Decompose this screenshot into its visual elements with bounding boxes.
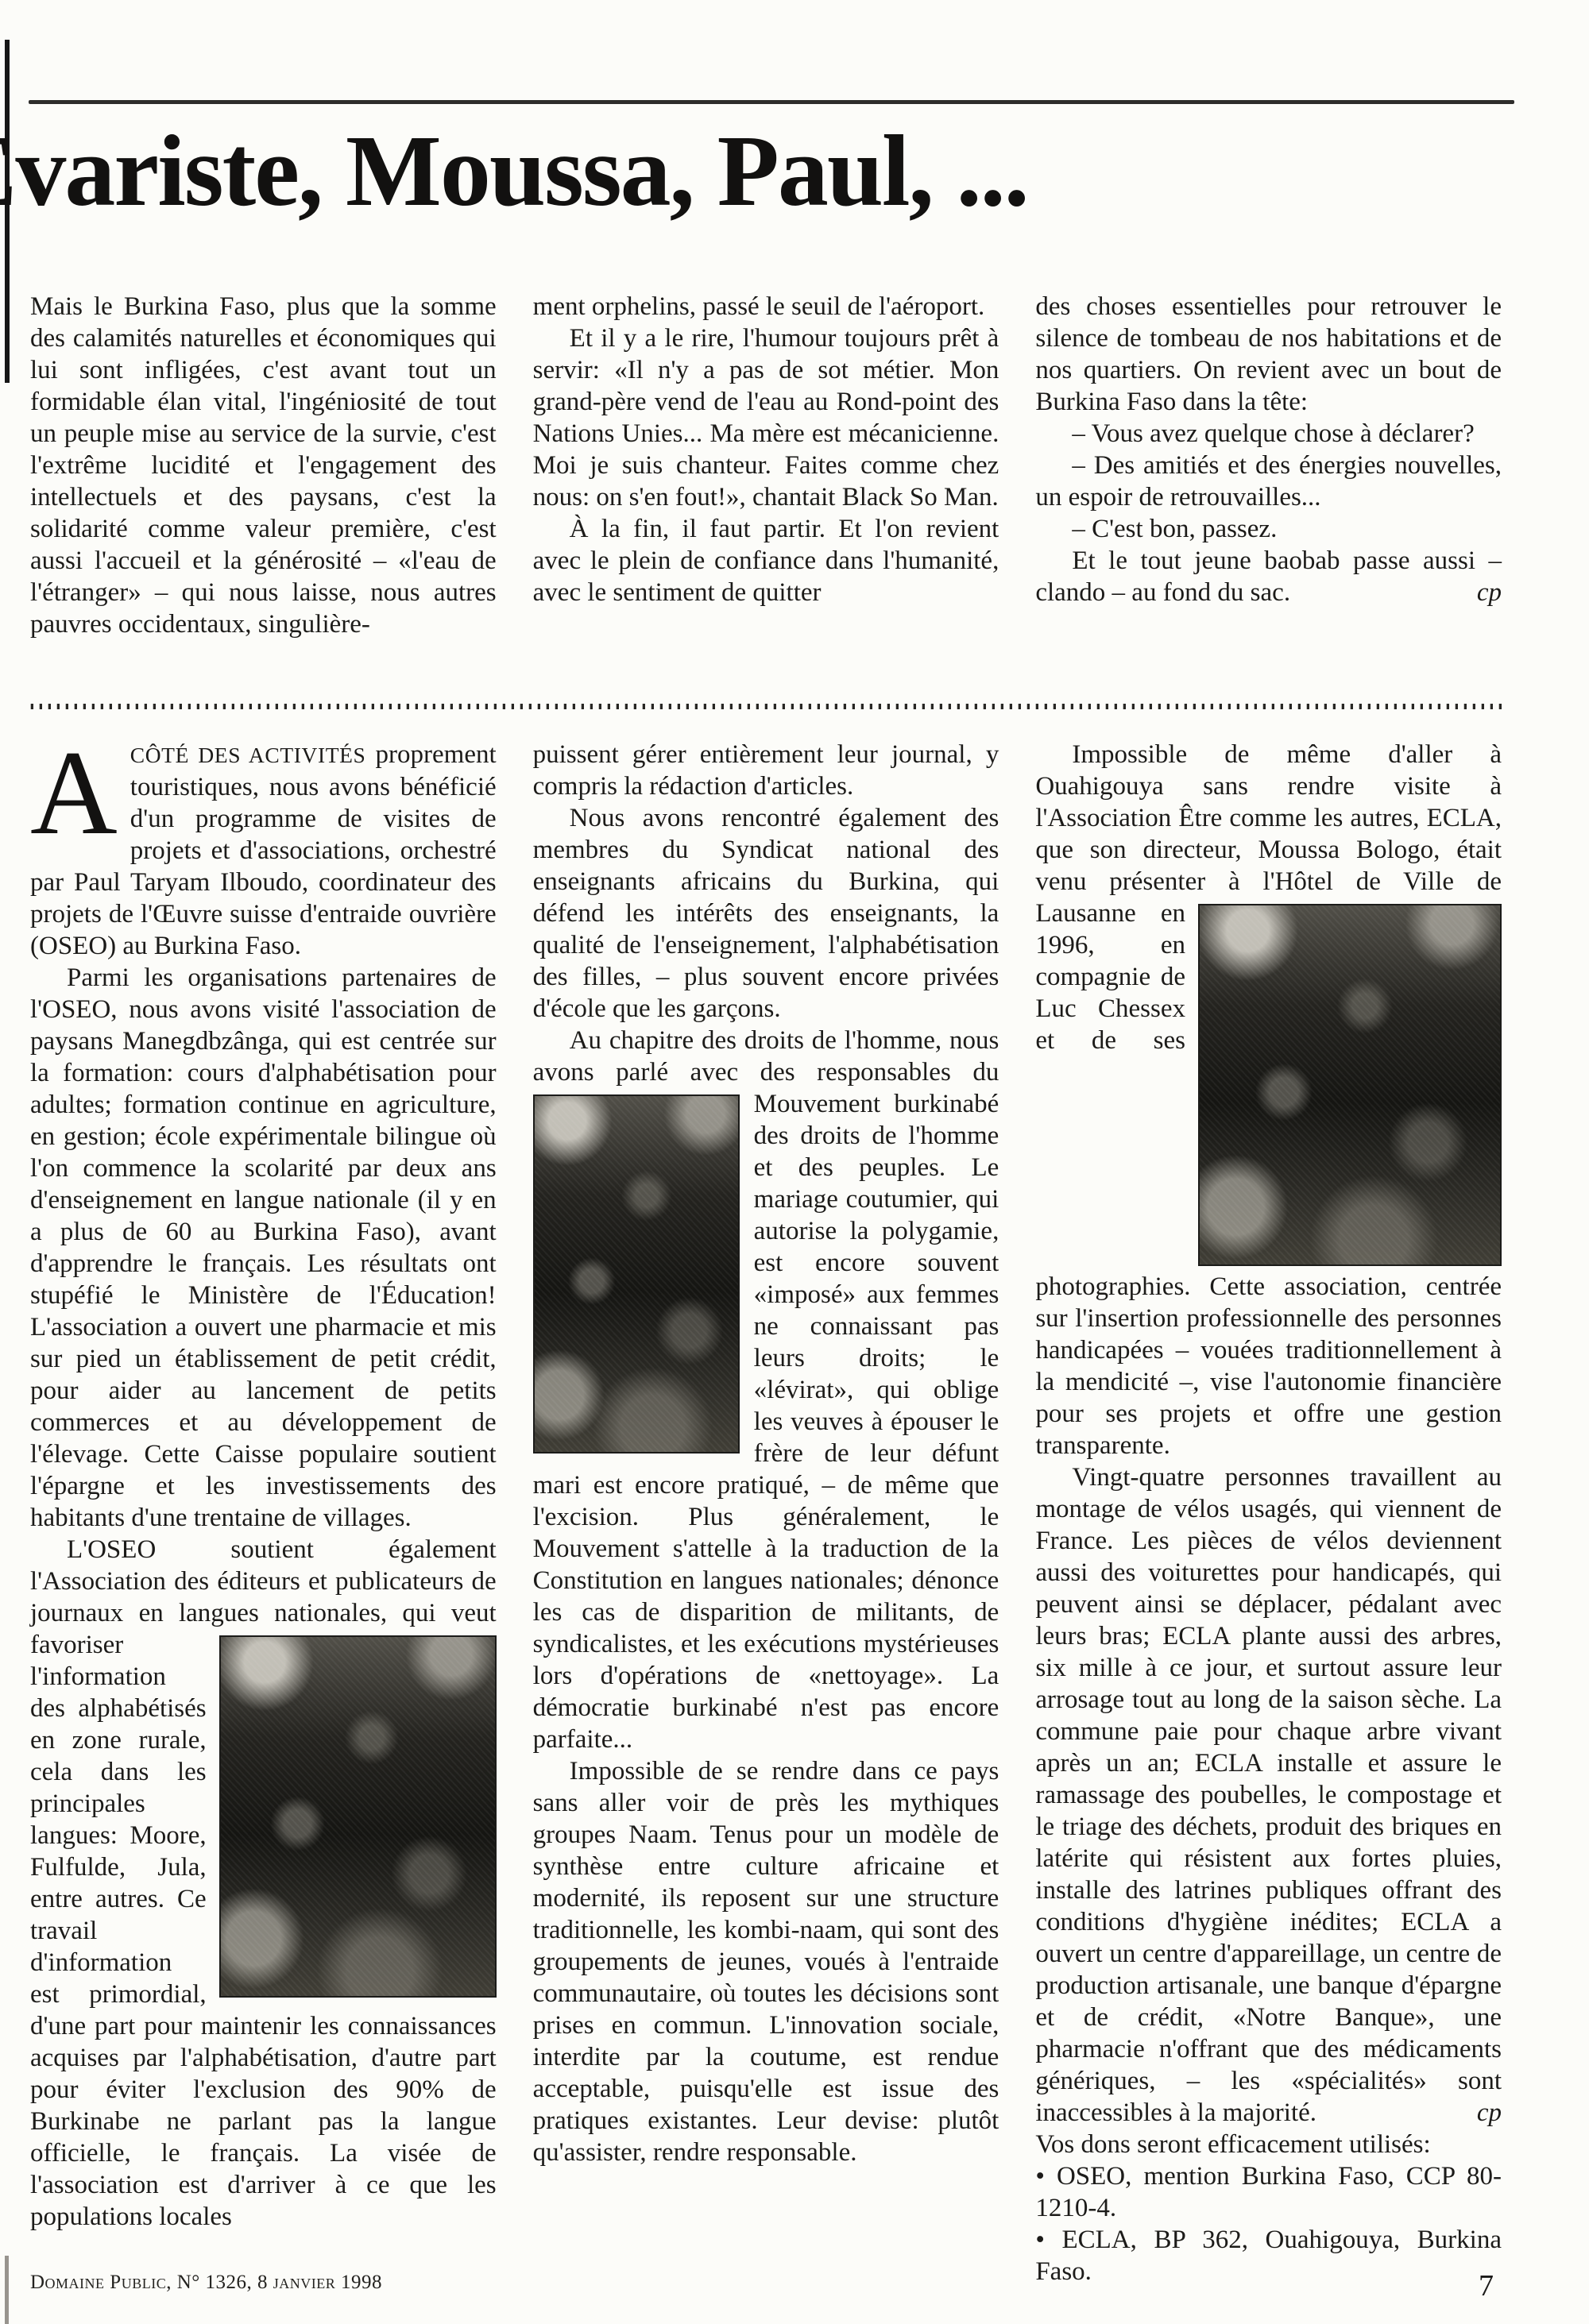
masthead-rule [29, 100, 1514, 104]
paragraph: Impossible de se rendre dans ce pays san… [533, 1755, 999, 2168]
small-caps-lead: CÔTÉ DES ACTIVITÉS [130, 743, 366, 767]
dialogue-line: – Des amitiés et des énergies nouvelles,… [1035, 450, 1502, 513]
paragraph: Nous avons rencontré également des membr… [533, 802, 999, 1025]
dialogue-line: – C'est bon, passez. [1035, 513, 1502, 545]
main-article-column-2: puissent gérer entièrement leur journal,… [533, 739, 999, 2287]
paragraph: Mais le Burkina Faso, plus que la somme … [30, 291, 497, 640]
top-article-column-3: des choses essentielles pour retrouver l… [1035, 291, 1502, 640]
paragraph-with-photo: Au chapitre des droits de l'homme, nous … [533, 1025, 999, 1755]
dialogue-line: – Vous avez quelque chose à déclarer? [1035, 418, 1502, 450]
paragraph-text: Vingt-quatre personnes travaillent au mo… [1035, 1463, 1502, 2127]
author-initials: cp [1425, 2097, 1502, 2129]
masthead: Évariste, Moussa, Paul, ... [0, 113, 1192, 295]
paragraph-with-photo: Impossible de même d'aller à Ouahigouya … [1035, 739, 1502, 1461]
paragraph: ment orphelins, passé le seuil de l'aéro… [533, 291, 999, 322]
paragraph-text: L'OSEO soutient également l'Association … [30, 1535, 497, 1627]
newspaper-page: Évariste, Moussa, Paul, ... Mais le Burk… [0, 0, 1589, 2324]
lead-paragraph: ACÔTÉ DES ACTIVITÉS proprement touristiq… [30, 739, 497, 962]
paragraph-with-photo: L'OSEO soutient également l'Association … [30, 1534, 497, 2233]
paragraph: Et il y a le rire, l'humour toujours prê… [533, 322, 999, 513]
tree-photo-2 [533, 1094, 740, 1453]
paragraph: À la fin, il faut partir. Et l'on revien… [533, 513, 999, 608]
scan-edge-mark [5, 2256, 9, 2324]
tree-photo-1 [219, 1635, 497, 1998]
donations-intro: Vos dons seront efficacement utilisés: [1035, 2129, 1502, 2160]
paragraph: des choses essentielles pour retrouver l… [1035, 291, 1502, 418]
main-article: ACÔTÉ DES ACTIVITÉS proprement touristiq… [30, 739, 1502, 2287]
paragraph: puissent gérer entièrement leur journal,… [533, 739, 999, 802]
main-article-column-3: Impossible de même d'aller à Ouahigouya … [1035, 739, 1502, 2287]
paragraph-with-byline: Vingt-quatre personnes travaillent au mo… [1035, 1461, 1502, 2129]
author-initials: cp [1425, 577, 1502, 608]
tree-photo-3 [1198, 904, 1502, 1266]
top-article-column-1: Mais le Burkina Faso, plus que la somme … [30, 291, 497, 640]
paragraph: Parmi les organisations partenaires de l… [30, 962, 497, 1534]
page-title: Évariste, Moussa, Paul, ... [0, 113, 1192, 230]
main-article-column-1: ACÔTÉ DES ACTIVITÉS proprement touristiq… [30, 739, 497, 2287]
page-footer: Domaine Public, N° 1326, 8 janvier 1998 … [30, 2272, 1502, 2319]
top-article: Mais le Burkina Faso, plus que la somme … [30, 291, 1502, 640]
paragraph-with-byline: Et le tout jeune baobab passe aussi – cl… [1035, 545, 1502, 608]
paragraph-text: Au chapitre des droits de l'homme, nous … [533, 1026, 999, 1087]
issue-line: Domaine Public, N° 1326, 8 janvier 1998 [30, 2272, 382, 2293]
paragraph-text: Impossible de même d'aller à Ouahigouya … [1035, 740, 1502, 928]
drop-cap: A [30, 739, 130, 839]
top-article-column-2: ment orphelins, passé le seuil de l'aéro… [533, 291, 999, 640]
section-separator [30, 704, 1502, 709]
page-number: 7 [1479, 2268, 1494, 2303]
donation-bullet: • OSEO, mention Burkina Faso, CCP 80-121… [1035, 2160, 1502, 2224]
